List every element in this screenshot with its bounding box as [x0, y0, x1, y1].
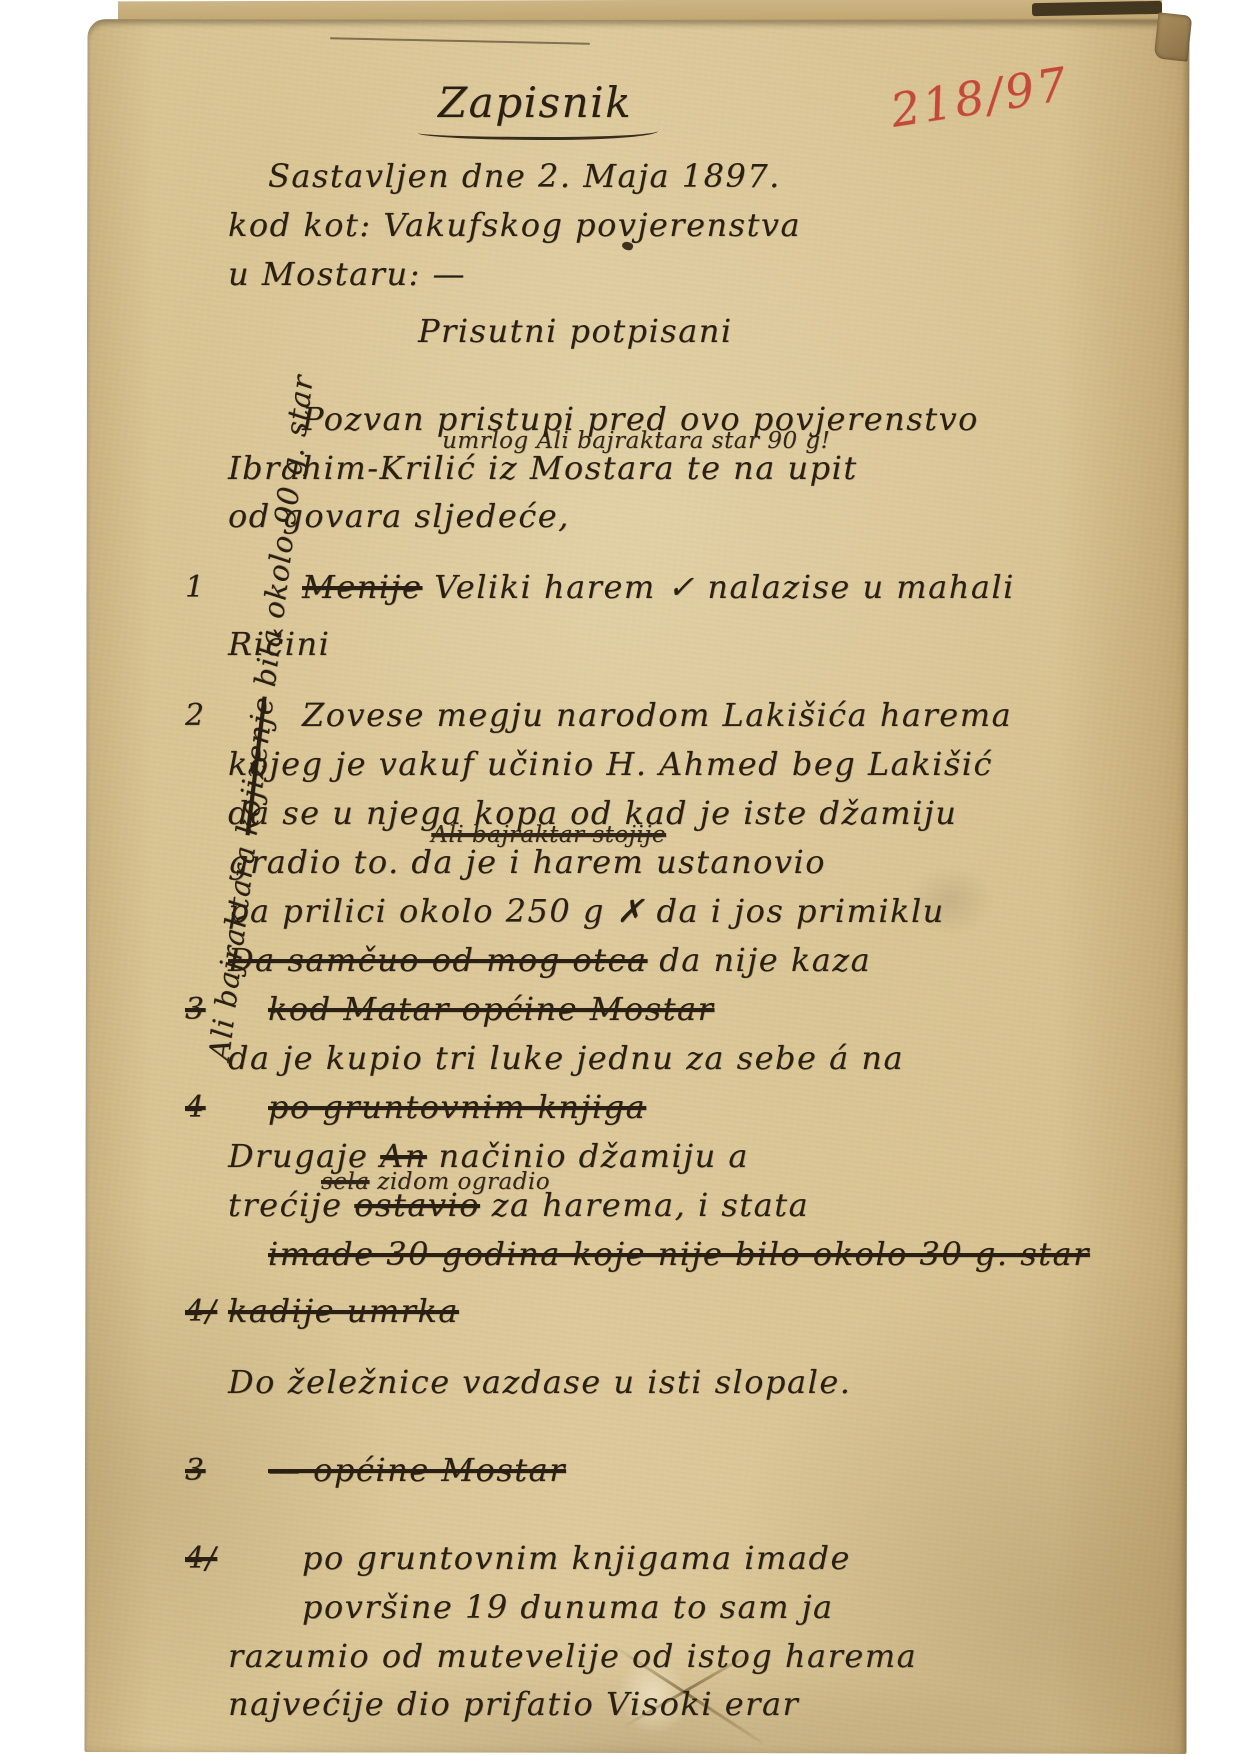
handwritten-text: po gruntovnim knjigama imade	[302, 1539, 851, 1577]
handwritten-text: Do želežnice vazdase u isti slopale.	[228, 1363, 851, 1401]
line-text: Menije Veliki harem ✓ nalazise u mahali	[302, 567, 1015, 608]
line-text: pa prilici okolo 250 g ✗ da i jos primik…	[228, 891, 945, 932]
item-number: 2	[185, 697, 206, 735]
document-page: 218/97 Ali bajraktara kojizenje bila oko…	[86, 20, 1188, 1753]
handwritten-text: pa prilici okolo 250 g ✗ da i jos primik…	[228, 892, 945, 930]
interline-insertion: sela zidom ogradio	[321, 1168, 550, 1197]
handwritten-text: kadije umrka	[228, 1292, 459, 1330]
body-line: razumio od mutevelije od istog harema	[86, 1636, 1188, 1677]
handwritten-text: Ali bajraktar stojije	[431, 822, 666, 848]
line-text: kod kot: Vakufskog povjerenstva	[228, 205, 801, 246]
line-text: imade 30 godina koje nije bilo okolo 30 …	[268, 1234, 1090, 1275]
interline-insertion: Ali bajraktar stojije	[431, 821, 666, 850]
line-text: Ali bajraktar stojijegradio to. da je i …	[228, 842, 826, 883]
line-text: Prisutni potpisani	[418, 311, 733, 352]
handwritten-text: Zovese megju narodom Lakišića harema	[302, 696, 1012, 734]
body-line: Ali bajraktar stojijegradio to. da je i …	[86, 842, 1188, 883]
body-line: od govara sljedeće,	[86, 496, 1188, 537]
body-line: da je kupio tri luke jednu za sebe á na	[86, 1038, 1188, 1079]
line-text: u Mostaru: —	[228, 254, 466, 295]
body-line: Do želežnice vazdase u isti slopale.	[86, 1362, 1188, 1403]
line-text: Sastavljen dne 2. Maja 1897.	[268, 156, 781, 197]
handwritten-text: razumio od mutevelije od istog harema	[228, 1637, 917, 1675]
line-text: kadije umrka	[228, 1291, 459, 1332]
handwritten-text: najvećije dio prifatio Visoki erar	[228, 1685, 799, 1723]
handwritten-text: sela	[321, 1169, 369, 1195]
item-number: 3	[185, 991, 206, 1029]
body-line: površine 19 dunuma to sam ja	[86, 1587, 1188, 1628]
handwritten-text: Da samčuo od mog otca	[228, 941, 648, 979]
handwritten-text: zidom ogradio	[369, 1169, 550, 1195]
document-lines: ZapisnikSastavljen dne 2. Maja 1897.kod …	[86, 20, 1188, 1725]
paper-tear-top	[1032, 1, 1162, 16]
item-line: 3— općine Mostar	[86, 1450, 1188, 1491]
handwritten-text: kojeg je vakuf učinio H. Ahmed beg Lakiš…	[228, 745, 993, 783]
handwritten-text: Zapisnik	[438, 78, 632, 127]
line-text: površine 19 dunuma to sam ja	[302, 1587, 834, 1628]
item-line: 2Zovese megju narodom Lakišića harema	[86, 695, 1188, 736]
document-title: Zapisnik	[86, 76, 1188, 140]
handwritten-text: po gruntovnim knjiga	[268, 1088, 646, 1126]
item-line: 1Menije Veliki harem ✓ nalazise u mahali	[86, 567, 1188, 608]
line-text: od govara sljedeće,	[228, 496, 570, 537]
line-text: Ričini	[228, 624, 330, 665]
handwritten-text: u Mostaru: —	[228, 255, 466, 293]
body-line: Da samčuo od mog otca da nije kaza	[86, 940, 1188, 981]
handwritten-text: da nije kaza	[648, 941, 872, 979]
line-text: umrlog Ali bajraktara star 90 g!Ibrahim-…	[228, 448, 858, 489]
body-line: Drugaje An načinio džamiju a	[86, 1136, 1188, 1177]
interline-insertion: umrlog Ali bajraktara star 90 g!	[442, 427, 830, 456]
handwritten-text: Menije	[302, 568, 422, 606]
item-number: 3	[185, 1452, 206, 1490]
body-line: Ričini	[86, 624, 1188, 665]
place-line: u Mostaru: —	[86, 254, 1188, 295]
handwritten-text: Prisutni potpisani	[418, 312, 733, 350]
line-text: kojeg je vakuf učinio H. Ahmed beg Lakiš…	[228, 744, 993, 785]
line-text: da je kupio tri luke jednu za sebe á na	[228, 1038, 904, 1079]
item-line: 4/kadije umrka	[86, 1291, 1188, 1332]
item-line: 4/po gruntovnim knjigama imade	[86, 1538, 1188, 1579]
handwritten-text: od govara sljedeće,	[228, 497, 570, 535]
line-text: kod Matar općine Mostar	[268, 989, 714, 1030]
handwritten-text: kod Matar općine Mostar	[268, 990, 714, 1028]
line-text: Da samčuo od mog otca da nije kaza	[228, 940, 871, 981]
line-text: Zapisnik	[418, 76, 658, 140]
line-text: razumio od mutevelije od istog harema	[228, 1636, 917, 1677]
line-text: najvećije dio prifatio Visoki erar	[228, 1684, 799, 1725]
item-number: 4	[185, 1089, 206, 1127]
authority-line: kod kot: Vakufskog povjerenstva	[86, 205, 1188, 246]
item-number: 4/	[185, 1540, 217, 1578]
item-number: 1	[185, 569, 206, 607]
handwritten-text: kod kot: Vakufskog povjerenstva	[228, 206, 801, 244]
handwritten-text: — općine Mostar	[268, 1451, 566, 1489]
line-text: po gruntovnim knjigama imade	[302, 1538, 851, 1579]
handwritten-text: da je kupio tri luke jednu za sebe á na	[228, 1039, 904, 1077]
handwritten-text: površine 19 dunuma to sam ja	[302, 1588, 834, 1626]
body-line: sela zidom ogradiotrećije ostavio za har…	[86, 1185, 1188, 1226]
item-line: 3kod Matar općine Mostar	[86, 989, 1188, 1030]
body-line: najvećije dio prifatio Visoki erar	[86, 1684, 1188, 1725]
item-number: 4/	[185, 1293, 217, 1331]
handwritten-text: Veliki harem ✓ nalazise u mahali	[422, 568, 1014, 606]
line-text: — općine Mostar	[268, 1450, 566, 1491]
handwritten-text: Ričini	[228, 625, 330, 663]
body-line: pa prilici okolo 250 g ✗ da i jos primik…	[86, 891, 1188, 932]
line-text: Zovese megju narodom Lakišića harema	[302, 695, 1012, 736]
date-line: Sastavljen dne 2. Maja 1897.	[86, 156, 1188, 197]
present-heading: Prisutni potpisani	[86, 311, 1188, 352]
handwritten-text: umrlog Ali bajraktara star 90 g!	[442, 428, 830, 454]
body-line: umrlog Ali bajraktara star 90 g!Ibrahim-…	[86, 448, 1188, 489]
line-text: sela zidom ogradiotrećije ostavio za har…	[228, 1185, 809, 1226]
handwritten-text: imade 30 godina koje nije bilo okolo 30 …	[268, 1235, 1090, 1273]
body-line: imade 30 godina koje nije bilo okolo 30 …	[86, 1234, 1188, 1275]
body-line: kojeg je vakuf učinio H. Ahmed beg Lakiš…	[86, 744, 1188, 785]
handwritten-text: Sastavljen dne 2. Maja 1897.	[268, 157, 781, 195]
item-line: 4po gruntovnim knjiga	[86, 1087, 1188, 1128]
line-text: po gruntovnim knjiga	[268, 1087, 646, 1128]
line-text: Do želežnice vazdase u isti slopale.	[228, 1362, 851, 1403]
